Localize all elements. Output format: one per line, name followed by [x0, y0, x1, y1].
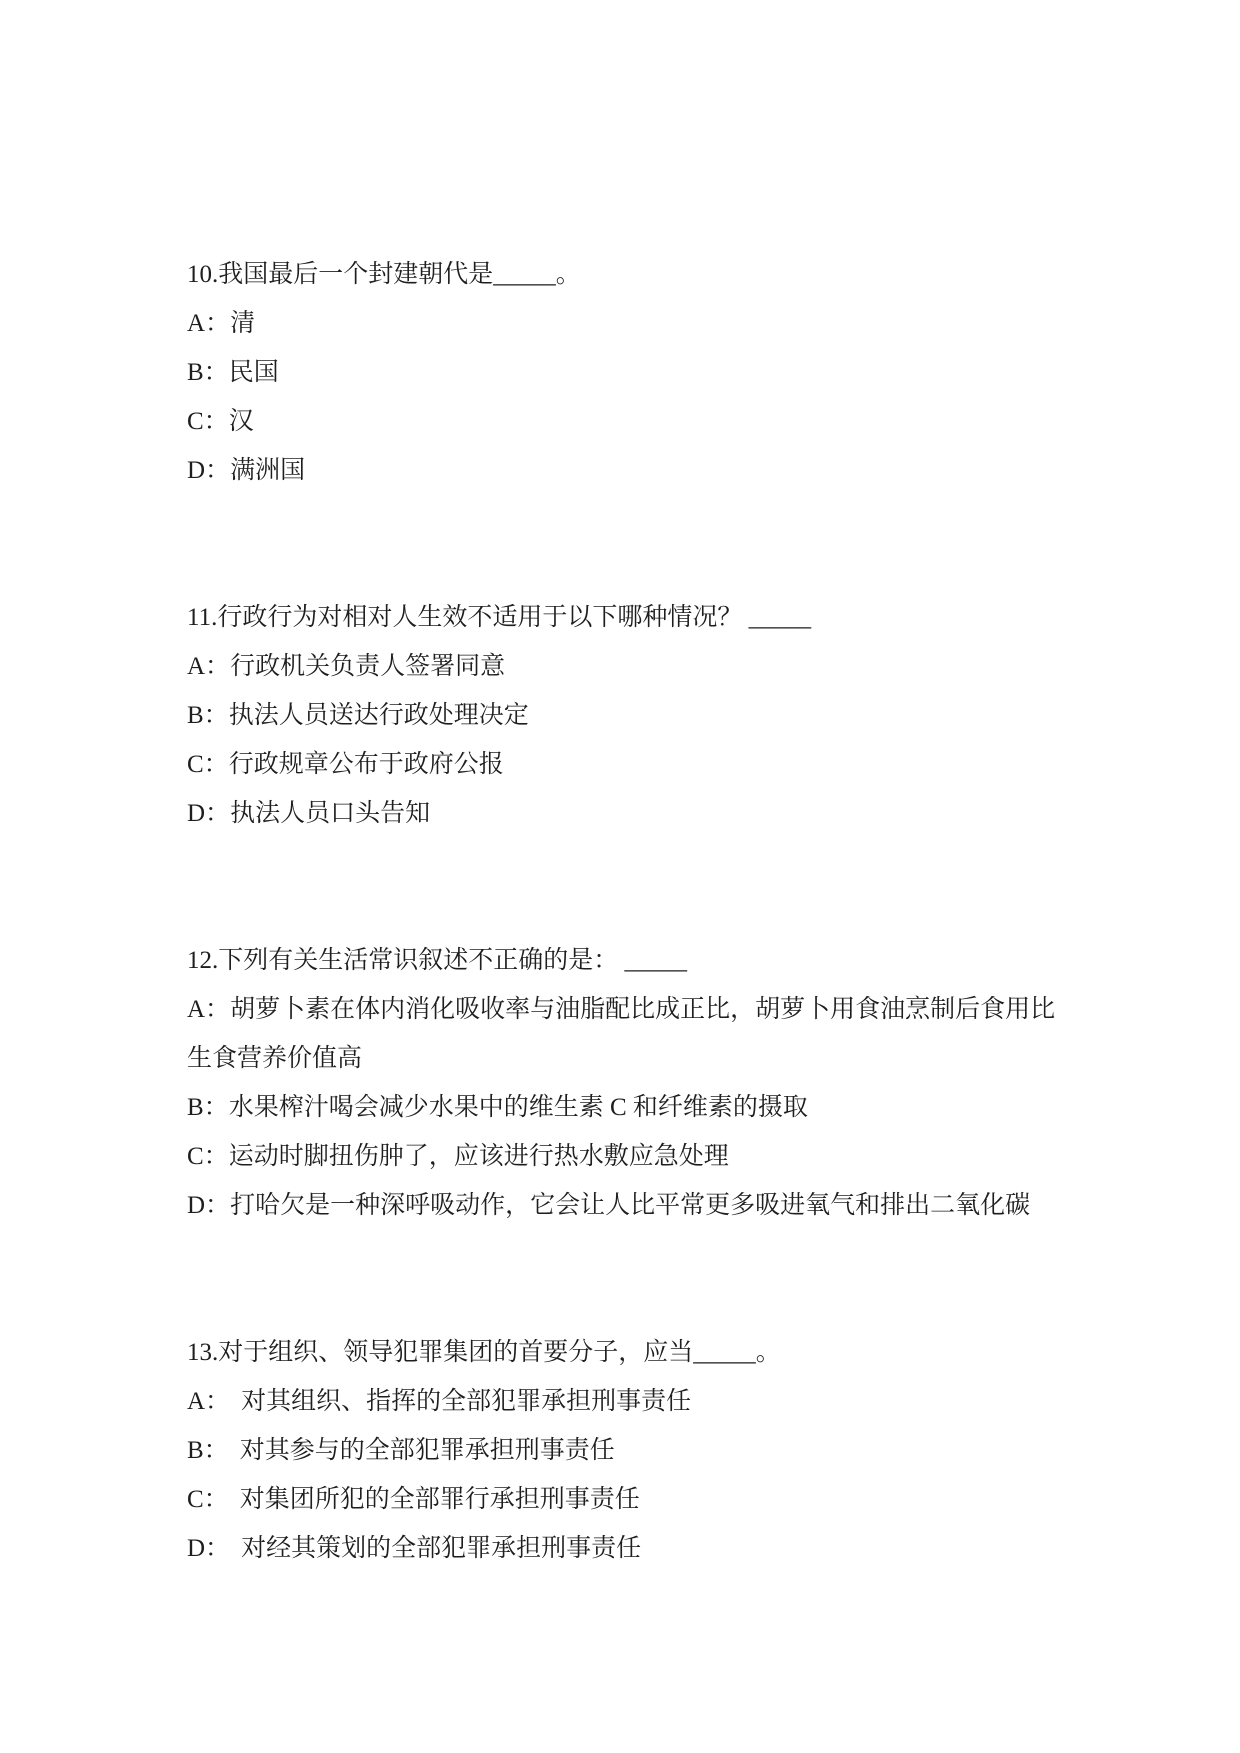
option-text: 对其参与的全部犯罪承担刑事责任	[240, 1437, 615, 1464]
option-label: C：	[187, 751, 229, 778]
option-label: C：	[187, 408, 229, 435]
option-row-d: D：满洲国	[187, 446, 1059, 495]
option-label: B：	[187, 359, 229, 386]
question-number: 13.	[187, 1339, 218, 1366]
option-row-b: B：执法人员送达行政处理决定	[187, 691, 1059, 740]
question-10: 10.我国最后一个封建朝代是_____。 A：清 B：民国 C：汉 D：满洲国	[187, 250, 1059, 495]
option-label: C：	[187, 1143, 229, 1170]
question-number: 11.	[187, 604, 217, 631]
option-text: 水果榨汁喝会减少水果中的维生素 C 和纤维素的摄取	[229, 1094, 808, 1121]
option-label: A：	[187, 1388, 230, 1415]
option-label: A：	[187, 996, 230, 1023]
question-number: 12.	[187, 947, 218, 974]
option-row-d: D：打哈欠是一种深呼吸动作，它会让人比平常更多吸进氧气和排出二氧化碳	[187, 1181, 1059, 1230]
option-row-a: A：对其组织、指挥的全部犯罪承担刑事责任	[187, 1377, 1059, 1426]
option-label: B：	[187, 1437, 229, 1464]
option-row-b: B：民国	[187, 348, 1059, 397]
question-stem: 对于组织、领导犯罪集团的首要分子，应当_____。	[218, 1339, 781, 1366]
option-text: 民国	[229, 359, 279, 386]
option-text: 执法人员口头告知	[230, 800, 430, 827]
option-label: D：	[187, 457, 230, 484]
option-text: 汉	[229, 408, 254, 435]
question-stem: 行政行为对相对人生效不适用于以下哪种情况？ _____	[217, 604, 811, 631]
question-number: 10.	[187, 261, 218, 288]
option-row-c: C：汉	[187, 397, 1059, 446]
question-title: 11.行政行为对相对人生效不适用于以下哪种情况？ _____	[187, 593, 1059, 642]
option-text: 执法人员送达行政处理决定	[229, 702, 529, 729]
option-text: 清	[230, 310, 255, 337]
option-text: 对集团所犯的全部罪行承担刑事责任	[240, 1486, 640, 1513]
option-row-a: A：行政机关负责人签署同意	[187, 642, 1059, 691]
question-stem: 我国最后一个封建朝代是_____。	[218, 261, 581, 288]
option-label: A：	[187, 310, 230, 337]
question-12: 12.下列有关生活常识叙述不正确的是： _____ A：胡萝卜素在体内消化吸收率…	[187, 936, 1059, 1230]
option-label: D：	[187, 1192, 230, 1219]
option-text: 打哈欠是一种深呼吸动作，它会让人比平常更多吸进氧气和排出二氧化碳	[230, 1192, 1030, 1219]
option-label: B：	[187, 1094, 229, 1121]
option-row-a: A：清	[187, 299, 1059, 348]
option-text: 对其组织、指挥的全部犯罪承担刑事责任	[241, 1388, 691, 1415]
question-13: 13.对于组织、领导犯罪集团的首要分子，应当_____。 A：对其组织、指挥的全…	[187, 1328, 1059, 1573]
question-title: 12.下列有关生活常识叙述不正确的是： _____	[187, 936, 1059, 985]
option-text: 行政规章公布于政府公报	[229, 751, 504, 778]
option-row-d: D：执法人员口头告知	[187, 789, 1059, 838]
option-row-c: C：对集团所犯的全部罪行承担刑事责任	[187, 1475, 1059, 1524]
option-text: 满洲国	[230, 457, 305, 484]
option-label: B：	[187, 702, 229, 729]
option-row-a: A：胡萝卜素在体内消化吸收率与油脂配比成正比，胡萝卜用食油烹制后食用比生食营养价…	[187, 985, 1059, 1083]
option-row-c: C：行政规章公布于政府公报	[187, 740, 1059, 789]
option-text: 行政机关负责人签署同意	[230, 653, 505, 680]
option-label: D：	[187, 800, 230, 827]
option-label: C：	[187, 1486, 229, 1513]
option-text: 对经其策划的全部犯罪承担刑事责任	[241, 1535, 641, 1562]
option-row-b: B：对其参与的全部犯罪承担刑事责任	[187, 1426, 1059, 1475]
question-11: 11.行政行为对相对人生效不适用于以下哪种情况？ _____ A：行政机关负责人…	[187, 593, 1059, 838]
question-stem: 下列有关生活常识叙述不正确的是： _____	[218, 947, 687, 974]
option-label: D：	[187, 1535, 230, 1562]
document-page: 10.我国最后一个封建朝代是_____。 A：清 B：民国 C：汉 D：满洲国 …	[0, 0, 1240, 1753]
option-row-c: C：运动时脚扭伤肿了，应该进行热水敷应急处理	[187, 1132, 1059, 1181]
option-text: 运动时脚扭伤肿了，应该进行热水敷应急处理	[229, 1143, 729, 1170]
question-title: 13.对于组织、领导犯罪集团的首要分子，应当_____。	[187, 1328, 1059, 1377]
exam-question-list: 10.我国最后一个封建朝代是_____。 A：清 B：民国 C：汉 D：满洲国 …	[187, 250, 1059, 1573]
option-row-d: D：对经其策划的全部犯罪承担刑事责任	[187, 1524, 1059, 1573]
option-row-b: B：水果榨汁喝会减少水果中的维生素 C 和纤维素的摄取	[187, 1083, 1059, 1132]
option-label: A：	[187, 653, 230, 680]
question-title: 10.我国最后一个封建朝代是_____。	[187, 250, 1059, 299]
option-text: 胡萝卜素在体内消化吸收率与油脂配比成正比，胡萝卜用食油烹制后食用比生食营养价值高	[187, 996, 1055, 1072]
